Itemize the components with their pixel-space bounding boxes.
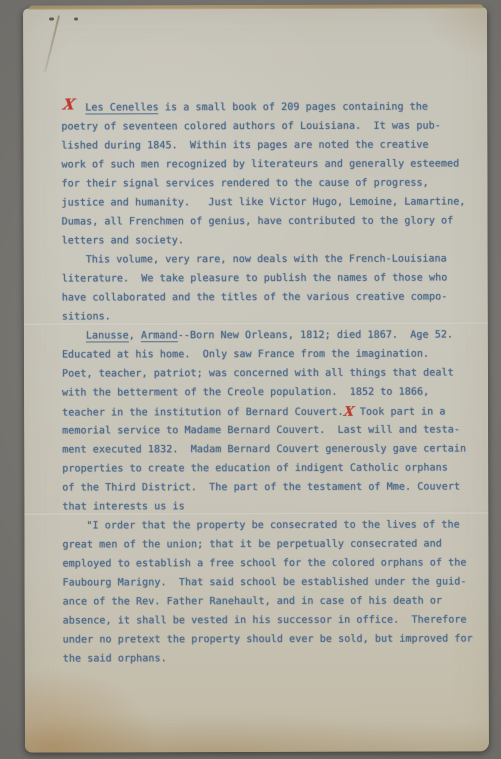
text-segment: literature. We take pleasure to publish … <box>62 272 448 284</box>
typewritten-text: XLes Cenelles is a small book of 209 pag… <box>61 97 468 668</box>
text-line: literature. We take pleasure to publish … <box>62 268 468 288</box>
text-segment: Poet, teacher, patriot; was concerned wi… <box>62 367 454 379</box>
text-line: ment executed 1832. Madam Bernard Couver… <box>62 439 468 459</box>
text-line: lished during 1845. Within its pages are… <box>61 135 467 155</box>
text-line: This volume, very rare, now deals with t… <box>62 249 468 269</box>
text-line: the said orphans. <box>63 648 469 668</box>
text-segment: properties to create the education of in… <box>62 462 448 474</box>
text-segment: ance of the Rev. Father Ranehault, and i… <box>63 596 443 608</box>
text-segment: for their signal services rendered to th… <box>61 178 428 190</box>
text-line: Dumas, all Frenchmen of genius, have con… <box>62 211 468 231</box>
text-segment: of the Third District. The part of the t… <box>62 481 460 493</box>
text-line: "I order that the property be consecrate… <box>62 515 468 535</box>
text-line: with the betterment of the Creole popula… <box>62 382 468 402</box>
text-segment: ment executed 1832. Madam Bernard Couver… <box>62 443 466 455</box>
text-segment: with the betterment of the Creole popula… <box>62 387 429 399</box>
text-line: Educated at his home. Only saw France fr… <box>62 344 468 364</box>
text-line: for their signal services rendered to th… <box>61 173 467 193</box>
text-line: XLes Cenelles is a small book of 209 pag… <box>61 97 467 117</box>
text-line: of the Third District. The part of the t… <box>62 477 468 497</box>
text-line: teacher in the institution of Bernard Co… <box>62 401 468 421</box>
red-x-annotation: X <box>342 403 355 422</box>
text-segment: the said orphans. <box>63 653 167 664</box>
text-segment: Educated at his home. Only saw France fr… <box>62 349 429 361</box>
text-line: ance of the Rev. Father Ranehault, and i… <box>63 591 469 611</box>
text-segment: "I order that the property be consecrate… <box>86 519 459 531</box>
text-line: poetry of seventeen colored authors of L… <box>61 116 467 136</box>
text-line: Faubourg Marigny. That said school be es… <box>63 572 469 592</box>
underlined-text: Les Cenelles <box>85 102 158 114</box>
text-line: under no pretext the property should eve… <box>63 629 469 649</box>
text-line: employed to establish a free school for … <box>62 553 468 573</box>
corner-crease <box>44 15 59 72</box>
text-line: properties to create the education of in… <box>62 458 468 478</box>
text-segment: Took part in a <box>354 407 446 418</box>
text-segment: under no pretext the property should eve… <box>63 633 473 645</box>
text-segment: have collaborated and the titles of the … <box>62 291 448 303</box>
scan-background: XLes Cenelles is a small book of 209 pag… <box>0 0 501 759</box>
text-segment: is a small book of 209 pages containing … <box>159 102 428 114</box>
text-segment: memorial service to Madame Bernard Couve… <box>62 424 460 436</box>
text-segment: that interests us is <box>62 501 184 512</box>
text-line: have collaborated and the titles of the … <box>62 287 468 307</box>
underlined-text: Lanusse <box>86 330 129 342</box>
text-line: Poet, teacher, patriot; was concerned wi… <box>62 363 468 383</box>
text-segment: absence, it shall be vested in his succe… <box>63 614 467 626</box>
text-line: that interests us is <box>62 496 468 516</box>
text-segment: sitions. <box>62 311 111 322</box>
text-segment: teacher in the institution of Bernard Co… <box>62 407 344 419</box>
text-segment: work of such men recognized by literateu… <box>61 158 459 170</box>
text-line: great men of the union; that it be perpe… <box>62 534 468 554</box>
text-segment: This volume, very rare, now deals with t… <box>86 254 447 266</box>
text-segment: justice and humanity. Just like Victor H… <box>62 196 466 208</box>
text-segment: letters and society. <box>62 235 184 246</box>
text-segment: poetry of seventeen colored authors of L… <box>61 121 441 133</box>
text-segment: , <box>129 330 141 341</box>
text-line: work of such men recognized by literateu… <box>61 154 467 174</box>
red-x-annotation: X <box>62 95 77 114</box>
text-line: Lanusse, Armand--Born New Orleans, 1812;… <box>62 325 468 345</box>
staple-mark <box>49 18 54 21</box>
text-segment: great men of the union; that it be perpe… <box>62 539 442 551</box>
text-line: sitions. <box>62 306 468 326</box>
underlined-text: Armand <box>141 330 178 342</box>
text-segment: Dumas, all Frenchmen of genius, have con… <box>62 215 454 227</box>
text-segment: employed to establish a free school for … <box>62 557 466 569</box>
text-line: absence, it shall be vested in his succe… <box>63 610 469 630</box>
text-line: memorial service to Madame Bernard Couve… <box>62 420 468 440</box>
text-segment: Faubourg Marigny. That said school be es… <box>63 576 467 588</box>
scanned-page: XLes Cenelles is a small book of 209 pag… <box>23 7 489 752</box>
text-line: justice and humanity. Just like Victor H… <box>62 192 468 212</box>
staple-mark <box>74 17 78 20</box>
text-segment: lished during 1845. Within its pages are… <box>61 140 428 152</box>
text-segment: --Born New Orleans, 1812; died 1867. Age… <box>178 329 453 341</box>
text-line: letters and society. <box>62 230 468 250</box>
